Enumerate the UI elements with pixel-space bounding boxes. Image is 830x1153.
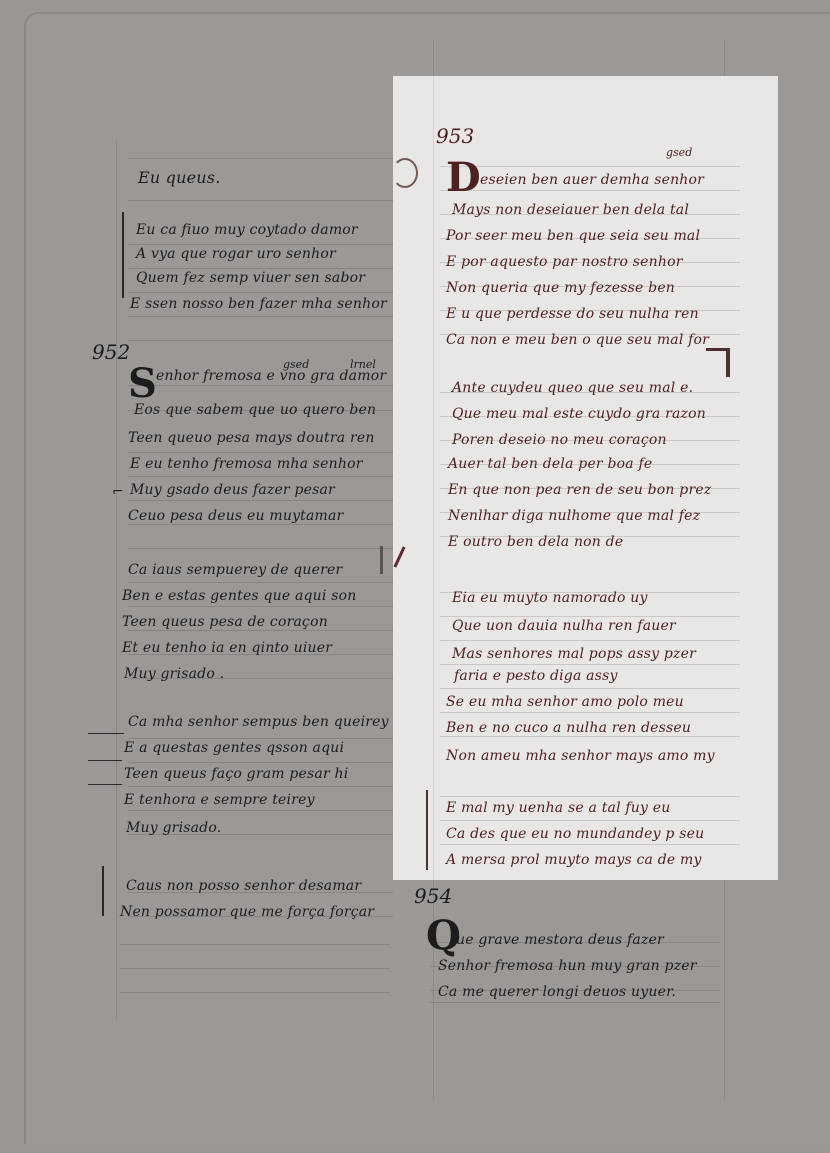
verse-line: Se eu mha senhor amo polo meu [446,694,684,710]
verse-line: Poren deseio no meu coraçon [452,432,667,448]
verse-line: E a questas gentes qsson aqui [124,740,344,756]
section-heading: Eu queus. [138,168,221,187]
paragraph-mark: ⌐ [112,484,124,500]
verse-line: A mersa prol muyto mays ca de my [446,852,702,868]
verse-line: Que uon dauia nulha ren fauer [452,618,676,634]
margin-dash [88,760,122,761]
verse-line: Eia eu muyto namorado uy [452,590,648,606]
verse-line: ue grave mestora deus fazer [456,932,664,948]
verse-line: E ssen nosso ben fazer mha senhor [130,296,387,312]
verse-line: Ca des que eu no mundandey p seu [446,826,704,842]
verse-line: Por seer meu ben que seia seu mal [446,228,700,244]
verse-line: eseien ben auer demha senhor [480,172,704,188]
verse-line: Non ameu mha senhor mays amo my [446,748,715,764]
marginal-note: gsed [666,146,692,159]
verse-line: Teen queuo pesa mays doutra ren [128,430,375,446]
verse-line: Ben e estas gentes que aqui son [122,588,356,604]
verse-line: E eu tenho fremosa mha senhor [130,456,363,472]
verse-line: Ca non e meu ben o que seu mal for [446,332,709,348]
verse-line: Et eu tenho ia en qinto uiuer [122,640,332,656]
verse-line: Ca me querer longi deuos uyuer. [438,984,676,1000]
verse-line: Muy grisado . [124,666,224,682]
verse-line: Que meu mal este cuydo gra razon [452,406,706,422]
bracket-mark [122,212,124,298]
bracket-corner-mark [706,348,730,377]
verse-line: A vya que rogar uro senhor [136,246,336,262]
circle-mark [392,158,418,188]
verse-line: E mal my uenha se a tal fuy eu [446,800,670,816]
verse-line: Ante cuydeu queo que seu mal e. [452,380,693,396]
poem-number: 952 [92,340,130,364]
margin-mark [380,546,383,574]
verse-line: En que non pea ren de seu bon prez [448,482,711,498]
verse-line: Teen queus pesa de coraçon [122,614,328,630]
decorated-initial: D [446,158,481,198]
verse-line: faria e pesto diga assy [454,668,618,684]
verse-line: Auer tal ben dela per boa fe [448,456,652,472]
verse-line: E tenhora e sempre teirey [124,792,315,808]
verse-line: Ca iaus sempuerey de querer [128,562,342,578]
margin-dash [88,784,122,785]
verse-line: Senhor fremosa hun muy gran pzer [438,958,697,974]
poem-number: 954 [414,884,452,908]
decorated-initial: S [128,364,157,404]
verse-line: Ca mha senhor sempus ben queirey [128,714,389,730]
verse-line: Caus non posso senhor desamar [126,878,361,894]
verse-line: enhor fremosa e vno gra damor [156,368,386,384]
verse-line: E u que perdesse do seu nulha ren [446,306,699,322]
margin-dash [88,733,124,734]
verse-line: Eos que sabem que uo quero ben [134,402,376,418]
verse-line: Mas senhores mal pops assy pzer [452,646,696,662]
verse-line: Teen queus faço gram pesar hi [124,766,348,782]
verse-line: Nen possamor que me força forçar [120,904,374,920]
verse-line: Ceuo pesa deus eu muytamar [128,508,343,524]
verse-line: Non queria que my fezesse ben [446,280,675,296]
verse-line: Muy grisado. [126,820,221,836]
bracket-mark [102,866,104,916]
verse-line: Mays non deseiauer ben dela tal [452,202,689,218]
verse-line: E por aquesto par nostro senhor [446,254,683,270]
verse-line: Muy gsado deus fazer pesar [130,482,335,498]
verse-line: Ben e no cuco a nulha ren desseu [446,720,691,736]
bracket-mark [426,790,428,870]
verse-line: Eu ca fiuo muy coytado damor [136,222,358,238]
verse-line: Quem fez semp viuer sen sabor [136,270,365,286]
poem-number: 953 [436,124,474,148]
verse-line: Nenlhar diga nulhome que mal fez [448,508,700,524]
verse-line: E outro ben dela non de [448,534,623,550]
